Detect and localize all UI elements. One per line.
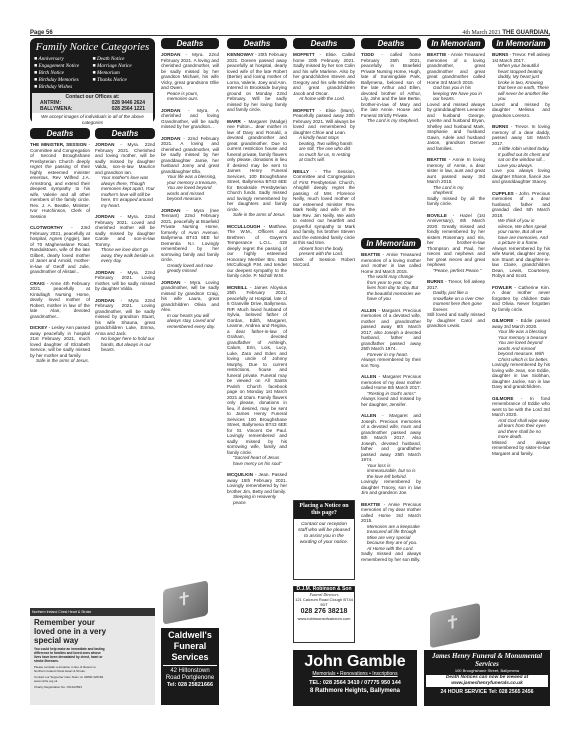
notice-verse: Your life was a blessing Your memory a t… [492,329,550,362]
notice-name: ALLEN [361,374,376,379]
placing-notice-box: Placing a Notice on this page? Contact o… [293,500,355,580]
notice-verse: The Lord is my shepherd. [361,118,421,124]
notice-column: In MemoriamBEATTIE - Annie Treasured mem… [427,38,485,598]
notice-column: DeathsTHE MINISTER, SESSION - Committee … [30,128,90,608]
notice-name: MCNEILL [227,285,247,290]
notice-name: GILMORE [492,318,513,323]
notice-name: CRAIG [30,281,45,286]
notice-text: - 20th February 2021. Doreen passed away… [227,52,287,112]
notice-column: DeathsJORDAN - Myra. 22nd February 2021.… [161,38,219,583]
category-item: Anniversary [34,56,93,63]
column-header: Deaths [227,38,287,49]
notice-entry: CLOTWORTHY - 23rd February 2021, peacefu… [30,225,90,275]
notice-entry: JORDAN - Myra. 22nd February 2021. Lovin… [95,270,155,292]
notice-entry: MCNEILL - James Aloysius 25th February 2… [227,285,287,467]
notice-text: - Lesley Ann passed away peacefully in h… [30,325,90,358]
placing-body: Contact our reception staff who will be … [294,519,354,549]
notice-verse: The world may change from year to year, … [361,274,421,302]
category-item: Death Notice [93,56,152,63]
notice-text: - Margaret and Joseph. Precious memories… [361,413,421,462]
notice-name: MCCULLOUGH [227,224,260,229]
column-header: Deaths [161,38,219,49]
notice-entry: BEATTIE - Annie Treasured memories of a … [427,52,485,151]
category-item: Memorium [93,70,152,77]
notice-name: BEATTIE [361,502,380,507]
notice-entry: BOVILLE - Hazel (1st Anniversary), 6th M… [427,213,485,274]
notice-name: JORDAN [161,208,180,213]
notice-signoff: Lovingly remembered by his loving wife J… [492,362,550,390]
notice-name: BEATTIE [361,252,380,257]
chest-heart-stroke-ad: Northern Ireland Chest Heart & Stroke Re… [30,608,155,705]
notice-text: - Committee and Congregation of Second B… [30,142,90,219]
notice-verse: And God shall wipe away all tears from t… [492,418,550,440]
notice-signoff: Lovingly remembered by daughter Tracey, … [361,479,421,496]
notice-entry: FOWLER - Catherine Kim. A dear mother ne… [492,285,550,313]
notice-entry: THE MINISTER, SESSION - Committee and Co… [30,142,90,219]
notice-verse: No longer here to hold our hands, But al… [95,336,155,353]
notice-name: BEATTIE [427,52,446,57]
notice-entry: NEILLY - The Session, Committee and Cong… [293,169,355,268]
notice-name: ALLEN [361,413,376,418]
notice-text: - Anne 4th February 2021, peacefully at … [30,281,90,319]
notice-verse: "Sacred heart of Jesus have mercy on his… [227,455,287,466]
notice-entry: GILMORE - In fond remembrance of Eddie w… [492,396,550,457]
column-header: In Memoriam [492,38,550,49]
notice-verse: When your beautiful heart stopped beatin… [492,63,550,102]
notice-entry: BURNS - Trevor. In loving memory of a de… [492,124,550,185]
bible-icon [163,580,208,625]
notice-entry: BURNS - Trevor, fell asleep 2017.Daddy, … [427,279,485,329]
notice-entry: DICKEY - Lesley Ann passed away peaceful… [30,325,90,364]
accept-images-note: We accept images of individuals in all o… [32,113,153,126]
category-item: Birthday Memories [34,77,93,84]
john-gamble-ad: John Gamble Memorials • Renovations • In… [293,650,417,706]
notice-verse: A little robin visited today. It puffed … [492,146,550,168]
notice-verse: Sleeping in Heavenly peace. [227,494,287,505]
notice-text: - Margaret. Precious memories of a devot… [361,308,421,352]
notice-entry: MOFFETT - Elsie. Called home 20th Februa… [293,52,355,102]
notice-name: NEILLY [293,169,309,174]
caldwell-ad: Caldwell's Funeral Services 42 Hiltonsto… [161,628,219,705]
notice-entry: ALLEN - Margaret. Precious memories of a… [361,308,421,369]
notice-text: - 23rd February 2021, peacefully at hosp… [30,225,90,274]
notice-text: - Myra (nee Tennant) 22nd February 2021,… [161,208,219,263]
notice-text: - Myra. Loving grandmother, will be sadl… [161,280,219,313]
notice-verse: The Lord is my shepherd. [427,185,485,196]
notice-verse: God has you in his keeping We have you i… [427,85,485,102]
notice-entry: KENNOWAY - 20th February 2021. Doreen pa… [227,52,287,113]
notice-column: DeathsTODD - called home February 25th 2… [361,38,421,238]
notice-entry: GILMORE - Eddie passed away 3rd March 20… [492,318,550,390]
notice-signoff: Sadly missed by all the family circle. [427,196,485,207]
notice-entry: CRAIG - Anne 4th February 2021, peaceful… [30,281,90,320]
notice-name: CLOTWORTHY [30,225,63,230]
notice-verse: "Peace, perfect Peace." [427,268,485,274]
categories-title: Family Notice Categories [34,40,151,54]
notice-entry: JORDAN - Myra. 22nd February 2021. Cheri… [95,142,155,208]
notice-name: JORDAN [95,270,114,275]
notice-entry: ALLEN - Margaret Precious memories of my… [361,374,421,407]
notice-text: - Myra 22nd February 2021. Loving grandm… [95,298,155,336]
notice-column: DeathsMOFFETT - Elsie. Called home 20th … [293,38,355,493]
notice-signoff: Clerk of Session Robert McCord. [293,257,355,268]
notice-name: JORDAN [161,52,180,57]
notice-text: - Annie Treasured memories of a loving g… [427,52,485,85]
notice-entry: BEATTIE - Annie Treasured memories of a … [361,252,421,302]
notice-signoff: Still loved and sadly missed by daughter… [427,312,485,329]
notice-text: - Elsie. Called home 20th February 2021.… [293,52,355,96]
notice-entry: JORDAN - Myra (nee Tennant) 22nd Februar… [161,208,219,274]
notice-signoff: Love you always loving daughter Sharon, … [492,168,550,185]
notice-name: JORDAN [95,214,114,219]
notice-verse: A kindly heart stops beating, Two willin… [293,135,355,163]
notice-entry: BEATTIE - Annie Precious memories of my … [361,502,421,563]
notice-name: JORDAN [161,280,180,285]
notice-name: BURNS [492,52,508,57]
column-header: Deaths [30,128,90,139]
notice-name: GILMORE [492,396,513,401]
notice-name: KENNOWAY [227,52,254,57]
notice-verse: Your life was a blessing, your memory a … [161,174,219,202]
notice-column: In MemoriamBURNS - Trevor. Fell asleep 1… [492,38,550,638]
notice-name: CUPPLES [492,191,514,196]
category-item: Thanks Notice [93,77,152,84]
notice-entry: BURNS - Trevor. Fell asleep 1st March 20… [492,52,550,118]
contact-offices: Contact our Offices at: ANTRIM:028 9446 … [32,93,153,113]
notice-verse: Your mother's love was always there, Tho… [95,175,155,208]
family-notice-categories: Family Notice Categories Anniversary Dea… [30,38,155,123]
notice-verse: Safe in the arms of Jesus [227,212,287,218]
notice-name: BURNS [492,124,508,129]
notice-column: DeathsJORDAN - Myra. 22nd February 2021.… [95,128,155,608]
header-rule [30,35,550,36]
robinson-ad: D.J.M. Robinson & Son Funeral Directors … [293,586,355,643]
office-ballymena: BALLYMENA:028 2564 1221 [40,106,145,112]
column-header: Deaths [95,128,155,139]
notice-column: DeathsKENNOWAY - 20th February 2021. Dor… [227,38,287,638]
notice-entry: JORDAN - Myra. 22nd February 2021. A lov… [161,52,219,102]
james-henry-ad: James Henry Funeral & Monumental Service… [424,650,550,706]
notice-name: MARR [227,119,241,124]
notice-entry: TODD - called home February 25th 2021, p… [361,52,421,124]
notice-name: MOFFETT [293,108,315,113]
notice-entry: CUPPLES - John. Precious memories of a d… [492,191,550,279]
notice-signoff: Loved and missed by daughter Melissa and… [492,102,550,119]
notice-name: MCQUILKIN [227,472,253,477]
notice-verse: Safe in the arms of Jesus. [30,358,90,364]
column-header: In Memoriam [427,38,485,49]
notice-entry: MOFFETT - Elsie (Mum). Peacefully passed… [293,108,355,163]
column-header: In Memoriam [361,238,421,249]
notice-name: JORDAN [161,108,180,113]
placing-title: Placing a Notice on this page? [294,501,354,519]
category-item: Engagement Notice [34,63,93,70]
notice-text: - Margaret (Madge) nee Fulton... dear mo… [227,119,287,212]
notice-text: - Myra. 22nd February 2021. Cherished an… [95,142,155,175]
notice-entry: MARR - Margaret (Madge) nee Fulton... de… [227,119,287,218]
notice-name: JORDAN [95,298,114,303]
notice-text: - Myra. 22nd February 2021. Loved and ch… [95,214,155,247]
notice-signoff: Always loved and missed by her daughter,… [361,396,421,407]
notice-verse: Daddy, just like a snowflake on a river … [427,290,485,312]
notice-verse: Peace is yours, memories ours. [161,91,219,102]
category-item: Marriage Notice [93,63,152,70]
notice-name: TODD [361,52,374,57]
notice-entry: MCQUILKIN - Jean. Passed away 15th Febru… [227,472,287,505]
notice-text: - The Session, Committee and Congregatio… [293,169,355,246]
notice-verse: At home with the Lord. [293,96,355,102]
notice-signoff: Loved and missed always by granddaughter… [427,102,485,152]
notice-entry: MCCULLOUGH - Matthew. The W.M., Officers… [227,224,287,279]
notice-signoff: Always remembered by their son Tony. [361,357,421,368]
bible-icon [430,603,480,649]
notice-text: - Matthew. The W.M., Officers and Brethr… [227,224,287,279]
notice-name: DICKEY [30,325,47,330]
notice-text: - 22nd February 2021. A loving and cheri… [161,136,219,174]
notice-text: - Hazel (1st Anniversary), 6th March 202… [427,213,485,268]
notice-signoff: Missed and always remembered by sister-i… [492,440,550,457]
notice-column: In MemoriamBEATTIE - Annie Treasured mem… [361,238,421,648]
notice-verse: We think of you in silence, We often spe… [492,218,550,246]
notice-name: JORDAN [161,136,180,141]
notice-text: - James Aloysius 25th February 2021, pea… [227,285,287,455]
notice-signoff: Sadly missed and always remembered by he… [361,551,421,562]
notice-verse: Greatly loved and now greatly missed [161,263,219,274]
notice-entry: JORDAN - Myra. Loving grandmother, will … [161,280,219,330]
notice-entry: JORDAN - Myra 22nd February 2021. Loving… [95,298,155,353]
notice-entry: JORDAN - 22nd February 2021. A loving an… [161,136,219,202]
notice-name: JORDAN [95,142,114,147]
notice-entry: JORDAN - Myra. A cherished and loving Gr… [161,108,219,130]
notice-signoff: Always remembered by his wife Muriel, da… [492,246,550,279]
notice-text: - Myra. 22nd February 2021. A loving and… [161,52,219,90]
notice-entry: BEATTIE - Annie In loving memory of Anni… [427,157,485,207]
column-header: Deaths [361,38,421,49]
notice-verse: In our hearts you will always stay, Love… [161,313,219,330]
notice-name: BOVILLE [427,213,447,218]
notice-name: BURNS [427,279,443,284]
notice-name: ALLEN [361,308,376,313]
notice-name: MOFFETT [293,52,315,57]
notice-verse: Your loss is immeasurable, but so is the… [361,463,421,480]
notice-name: FOWLER [492,285,512,290]
category-item: Birthday Wishes [34,84,93,91]
category-item: Birth Notice [34,70,93,77]
categories-list: Anniversary Death Notice Engagement Noti… [34,56,151,91]
notice-entry: JORDAN - Myra. 22nd February 2021. Loved… [95,214,155,264]
column-header: Deaths [293,38,355,49]
notice-entry: ALLEN - Margaret and Joseph. Precious me… [361,413,421,496]
notice-name: BEATTIE [427,157,446,162]
notice-text: - called home February 25th 2021, peacef… [361,52,421,118]
notice-verse: Memories are a keepsake treasured all li… [361,524,421,552]
notice-verse: Absent from the body, present with the L… [293,246,355,257]
notice-verse: Those we love don't go away, they walk b… [95,247,155,264]
notice-name: THE MINISTER, SESSION [30,142,87,147]
